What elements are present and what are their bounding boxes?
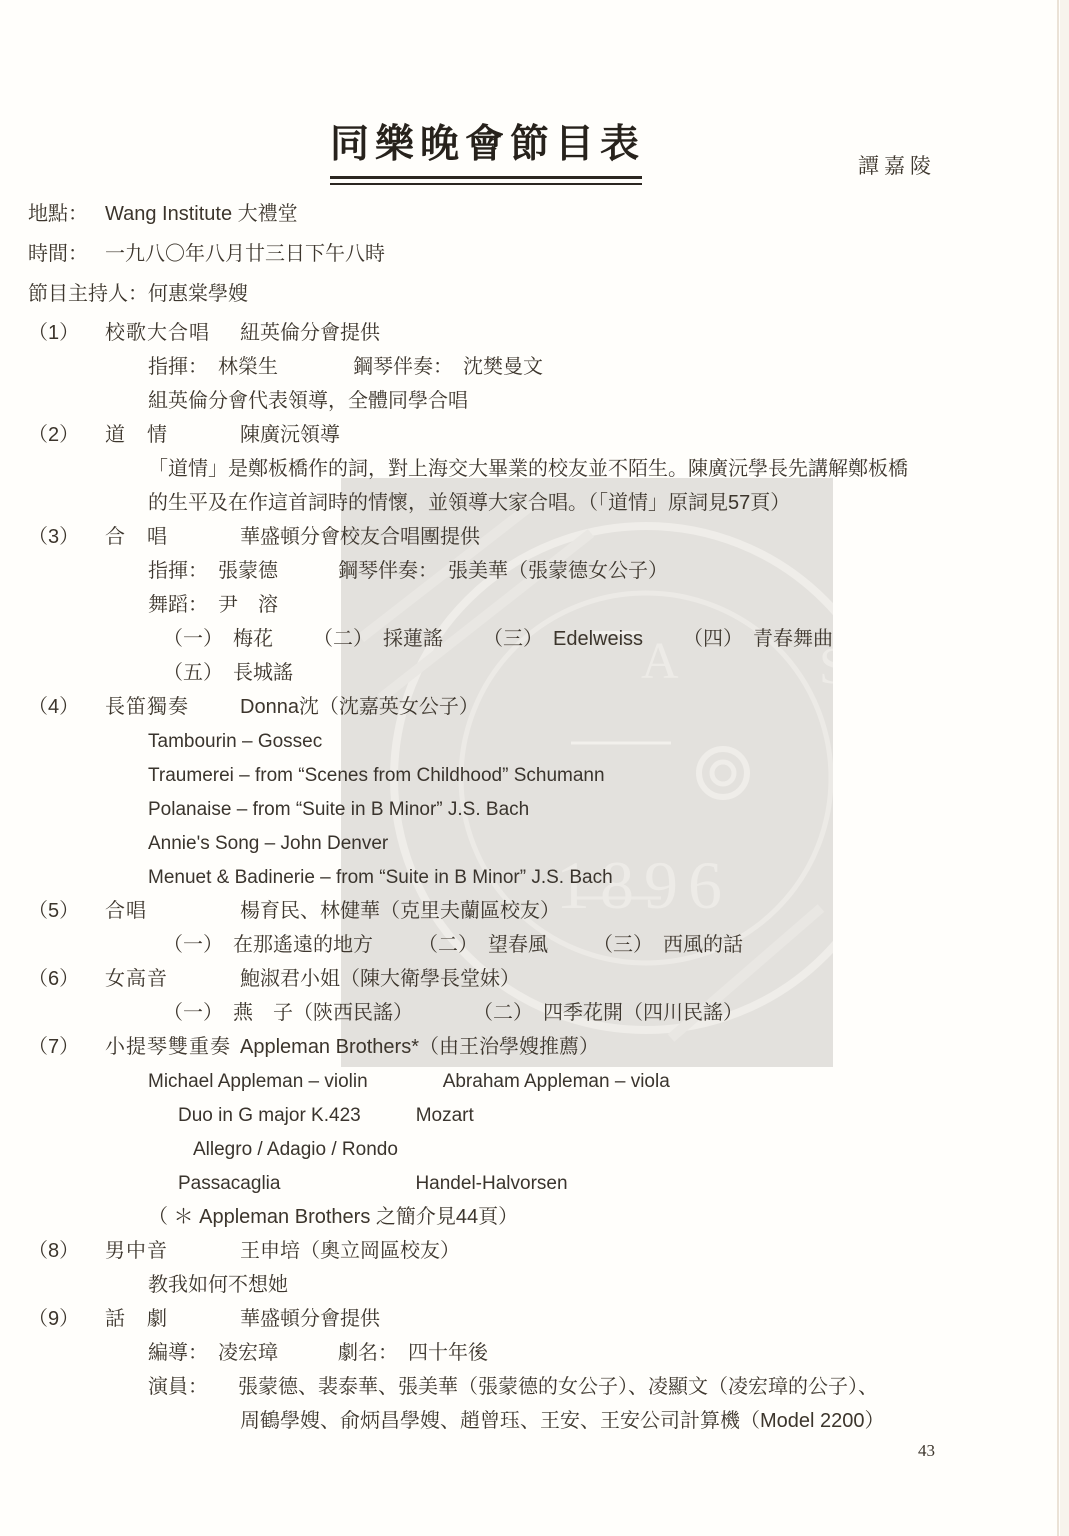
program-line: 編導： 凌宏璋劇名： 四十年後	[28, 1343, 1038, 1364]
program-item-number: （2）	[28, 425, 105, 446]
program-line-segment: （一） 梅花	[163, 629, 273, 650]
program-item-title: 男中音	[105, 1241, 240, 1262]
program-line-segment: Tambourin – Gossec	[148, 731, 322, 752]
page-edge-line	[1057, 0, 1059, 1536]
program-line-segment: 教我如何不想她	[148, 1275, 288, 1296]
program-item-head: （5）合唱楊育民、林健華（克里夫蘭區校友）	[28, 901, 1038, 922]
program-line-segment: 指揮： 林榮生	[148, 357, 278, 378]
program-item-note: 華盛頓分會校友合唱團提供	[240, 527, 480, 548]
meta-row: 時間：一九八〇年八月廿三日下午八時	[28, 243, 1038, 266]
program-line: 演員：張蒙德、裴泰華、張美華（張蒙德的女公子）、凌顯文（凌宏璋的公子）、	[28, 1377, 1038, 1398]
program-line-segment: 鋼琴伴奏： 沈樊曼文	[353, 357, 543, 378]
program-item: （2）道 情陳廣沅領導「道情」是鄭板橋作的詞，對上海交大畢業的校友並不陌生。陳廣…	[28, 425, 1038, 514]
program-line-segment: 劇名： 四十年後	[338, 1343, 488, 1364]
program-line-segment: Michael Appleman – violin	[148, 1071, 368, 1092]
program-line: 的生平及在作這首詞時的情懷，並領導大家合唱。（「道情」原詞見57頁）	[28, 493, 1038, 514]
program-line-segment: 組英倫分會代表領導，全體同學合唱	[148, 391, 468, 412]
program-list: （1）校歌大合唱紐英倫分會提供指揮： 林榮生鋼琴伴奏： 沈樊曼文組英倫分會代表領…	[28, 323, 1038, 1432]
program-item-note: Appleman Brothers*（由王治學嫂推薦）	[240, 1037, 599, 1058]
program-line: 「道情」是鄭板橋作的詞，對上海交大畢業的校友並不陌生。陳廣沅學長先講解鄭板橋	[28, 459, 1038, 480]
program-line: Tambourin – Gossec	[28, 731, 1038, 752]
program-item-note: 陳廣沅領導	[240, 425, 340, 446]
program-line-segment: （ ＊ Appleman Brothers 之簡介見44頁）	[148, 1207, 518, 1228]
program-line-segment: Abraham Appleman – viola	[443, 1071, 670, 1092]
program-line-segment: Menuet & Badinerie – from “Suite in B Mi…	[148, 867, 613, 888]
meta-row: 地點：Wang Institute 大禮堂	[28, 203, 1038, 226]
program-line-segment: Traumerei – from “Scenes from Childhood”…	[148, 765, 605, 786]
program-line-segment: Mozart	[416, 1105, 474, 1126]
program-item: （8）男中音王申培（奧立岡區校友）教我如何不想她	[28, 1241, 1038, 1296]
meta-value: Wang Institute 大禮堂	[105, 203, 298, 226]
program-item-note: 華盛頓分會提供	[240, 1309, 380, 1330]
program-line-segment: （二） 四季花開（四川民謠）	[473, 1003, 743, 1024]
program-item-note: 王申培（奧立岡區校友）	[240, 1241, 460, 1262]
program-item: （9）話 劇華盛頓分會提供編導： 凌宏璋劇名： 四十年後演員：張蒙德、裴泰華、張…	[28, 1309, 1038, 1432]
program-item-number: （4）	[28, 697, 105, 718]
program-line-segment: （一） 在那遙遠的地方	[163, 935, 373, 956]
program-line: 指揮： 林榮生鋼琴伴奏： 沈樊曼文	[28, 357, 1038, 378]
program-item: （1）校歌大合唱紐英倫分會提供指揮： 林榮生鋼琴伴奏： 沈樊曼文組英倫分會代表領…	[28, 323, 1038, 412]
program-item-number: （8）	[28, 1241, 105, 1262]
program-item-title: 道 情	[105, 425, 240, 446]
program-item: （4）長笛獨奏Donna沈（沈嘉英女公子）Tambourin – GossecT…	[28, 697, 1038, 888]
program-line: 組英倫分會代表領導，全體同學合唱	[28, 391, 1038, 412]
program-item-head: （6）女高音鮑淑君小姐（陳大衛學長堂妹）	[28, 969, 1038, 990]
meta-row: 節目主持人：何惠棠學嫂	[28, 283, 1038, 306]
meta-label: 地點：	[28, 203, 105, 226]
program-item-number: （5）	[28, 901, 105, 922]
program-line-segment: 舞蹈： 尹 溶	[148, 595, 278, 616]
program-item: （5）合唱楊育民、林健華（克里夫蘭區校友）（一） 在那遙遠的地方（二） 望春風（…	[28, 901, 1038, 956]
program-line-segment: 演員：	[148, 1377, 208, 1398]
meta-label: 時間：	[28, 243, 105, 266]
program-line-segment: 的生平及在作這首詞時的情懷，並領導大家合唱。（「道情」原詞見57頁）	[148, 493, 790, 514]
program-item-head: （9）話 劇華盛頓分會提供	[28, 1309, 1038, 1330]
program-line: Traumerei – from “Scenes from Childhood”…	[28, 765, 1038, 786]
program-item-note: 楊育民、林健華（克里夫蘭區校友）	[240, 901, 560, 922]
program-line-segment: （五） 長城謠	[163, 663, 293, 684]
program-line: Menuet & Badinerie – from “Suite in B Mi…	[28, 867, 1038, 888]
program-line-segment: （三） 西風的話	[593, 935, 743, 956]
program-line: （ ＊ Appleman Brothers 之簡介見44頁）	[28, 1207, 1038, 1228]
program-line-segment: 指揮： 張蒙德	[148, 561, 278, 582]
program-item-title: 女高音	[105, 969, 240, 990]
program-line-segment: （三） Edelweiss	[483, 629, 643, 650]
program-item-number: （3）	[28, 527, 105, 548]
program-item-title: 校歌大合唱	[105, 323, 240, 344]
program-item-head: （4）長笛獨奏Donna沈（沈嘉英女公子）	[28, 697, 1038, 718]
program-line-segment: Polanaise – from “Suite in B Minor” J.S.…	[148, 799, 529, 820]
page-title: 同樂晚會節目表	[330, 124, 645, 167]
meta-value: 一九八〇年八月廿三日下午八時	[105, 243, 385, 266]
program-item-number: （7）	[28, 1037, 105, 1058]
page-edge-strip	[1060, 0, 1069, 1536]
program-line: Allegro / Adagio / Rondo	[28, 1139, 1038, 1160]
program-line-segment: Duo in G major K.423	[178, 1105, 361, 1126]
page-number: 43	[918, 1441, 935, 1461]
program-item: （7）小提琴雙重奏Appleman Brothers*（由王治學嫂推薦）Mich…	[28, 1037, 1038, 1228]
program-line: Michael Appleman – violinAbraham Applema…	[28, 1071, 1038, 1092]
program-line-segment: Allegro / Adagio / Rondo	[193, 1139, 398, 1160]
program-item-note: Donna沈（沈嘉英女公子）	[240, 697, 479, 718]
byline: 譚嘉陵	[858, 150, 936, 180]
program-line-segment: （二） 望春風	[418, 935, 548, 956]
program-line: （一） 梅花（二） 採蓮謠（三） Edelweiss（四） 青春舞曲	[28, 629, 1038, 650]
program-item: （3）合 唱華盛頓分會校友合唱團提供指揮： 張蒙德鋼琴伴奏： 張美華（張蒙德女公…	[28, 527, 1038, 684]
program-line-segment: Handel-Halvorsen	[415, 1173, 567, 1194]
program-item-head: （3）合 唱華盛頓分會校友合唱團提供	[28, 527, 1038, 548]
program-item-number: （6）	[28, 969, 105, 990]
meta-list: 地點：Wang Institute 大禮堂時間：一九八〇年八月廿三日下午八時節目…	[28, 203, 1038, 306]
program-item-note: 紐英倫分會提供	[240, 323, 380, 344]
program-line: 周鶴學嫂、俞炳昌學嫂、趙曾珏、王安、王安公司計算機（Model 2200）	[28, 1411, 1038, 1432]
meta-value: 何惠棠學嫂	[148, 283, 248, 306]
program-line: （一） 燕 子（陝西民謠）（二） 四季花開（四川民謠）	[28, 1003, 1038, 1024]
program-line-segment: 「道情」是鄭板橋作的詞，對上海交大畢業的校友並不陌生。陳廣沅學長先講解鄭板橋	[148, 459, 908, 480]
program-line: Annie's Song – John Denver	[28, 833, 1038, 854]
program-line-segment: 編導： 凌宏璋	[148, 1343, 278, 1364]
program-item-title: 話 劇	[105, 1309, 240, 1330]
program-item-title: 合唱	[105, 901, 240, 922]
program-line-segment: （四） 青春舞曲	[683, 629, 833, 650]
program-item-number: （1）	[28, 323, 105, 344]
program-line-segment: 鋼琴伴奏： 張美華（張蒙德女公子）	[338, 561, 668, 582]
title-underline	[330, 176, 642, 185]
program-line: （一） 在那遙遠的地方（二） 望春風（三） 西風的話	[28, 935, 1038, 956]
content: 地點：Wang Institute 大禮堂時間：一九八〇年八月廿三日下午八時節目…	[28, 203, 1038, 1445]
program-item-head: （1）校歌大合唱紐英倫分會提供	[28, 323, 1038, 344]
program-item-title: 長笛獨奏	[105, 697, 240, 718]
program-item: （6）女高音鮑淑君小姐（陳大衛學長堂妹）（一） 燕 子（陝西民謠）（二） 四季花…	[28, 969, 1038, 1024]
program-line: 教我如何不想她	[28, 1275, 1038, 1296]
program-line: （五） 長城謠	[28, 663, 1038, 684]
program-line: PassacagliaHandel-Halvorsen	[28, 1173, 1038, 1194]
meta-label: 節目主持人：	[28, 283, 148, 306]
program-line: Duo in G major K.423Mozart	[28, 1105, 1038, 1126]
program-line-segment: （一） 燕 子（陝西民謠）	[163, 1003, 413, 1024]
program-item-number: （9）	[28, 1309, 105, 1330]
program-line: Polanaise – from “Suite in B Minor” J.S.…	[28, 799, 1038, 820]
program-item-title: 小提琴雙重奏	[105, 1037, 240, 1058]
program-item-head: （8）男中音王申培（奧立岡區校友）	[28, 1241, 1038, 1262]
program-item-head: （7）小提琴雙重奏Appleman Brothers*（由王治學嫂推薦）	[28, 1037, 1038, 1058]
program-item-head: （2）道 情陳廣沅領導	[28, 425, 1038, 446]
program-line: 指揮： 張蒙德鋼琴伴奏： 張美華（張蒙德女公子）	[28, 561, 1038, 582]
program-line-segment: （二） 採蓮謠	[313, 629, 443, 650]
program-item-title: 合 唱	[105, 527, 240, 548]
program-item-note: 鮑淑君小姐（陳大衛學長堂妹）	[240, 969, 520, 990]
scanned-page: A S 1896 同樂晚會節目表 譚嘉陵 地點：Wang Institute 大…	[0, 0, 1069, 1536]
program-line-segment: 張蒙德、裴泰華、張美華（張蒙德的女公子）、凌顯文（凌宏璋的公子）、	[238, 1377, 878, 1398]
program-line-segment: Annie's Song – John Denver	[148, 833, 388, 854]
program-line-segment: Passacaglia	[178, 1173, 280, 1194]
program-line: 舞蹈： 尹 溶	[28, 595, 1038, 616]
program-line-segment: 周鶴學嫂、俞炳昌學嫂、趙曾珏、王安、王安公司計算機（Model 2200）	[240, 1411, 885, 1432]
title-block: 同樂晚會節目表	[330, 124, 645, 185]
